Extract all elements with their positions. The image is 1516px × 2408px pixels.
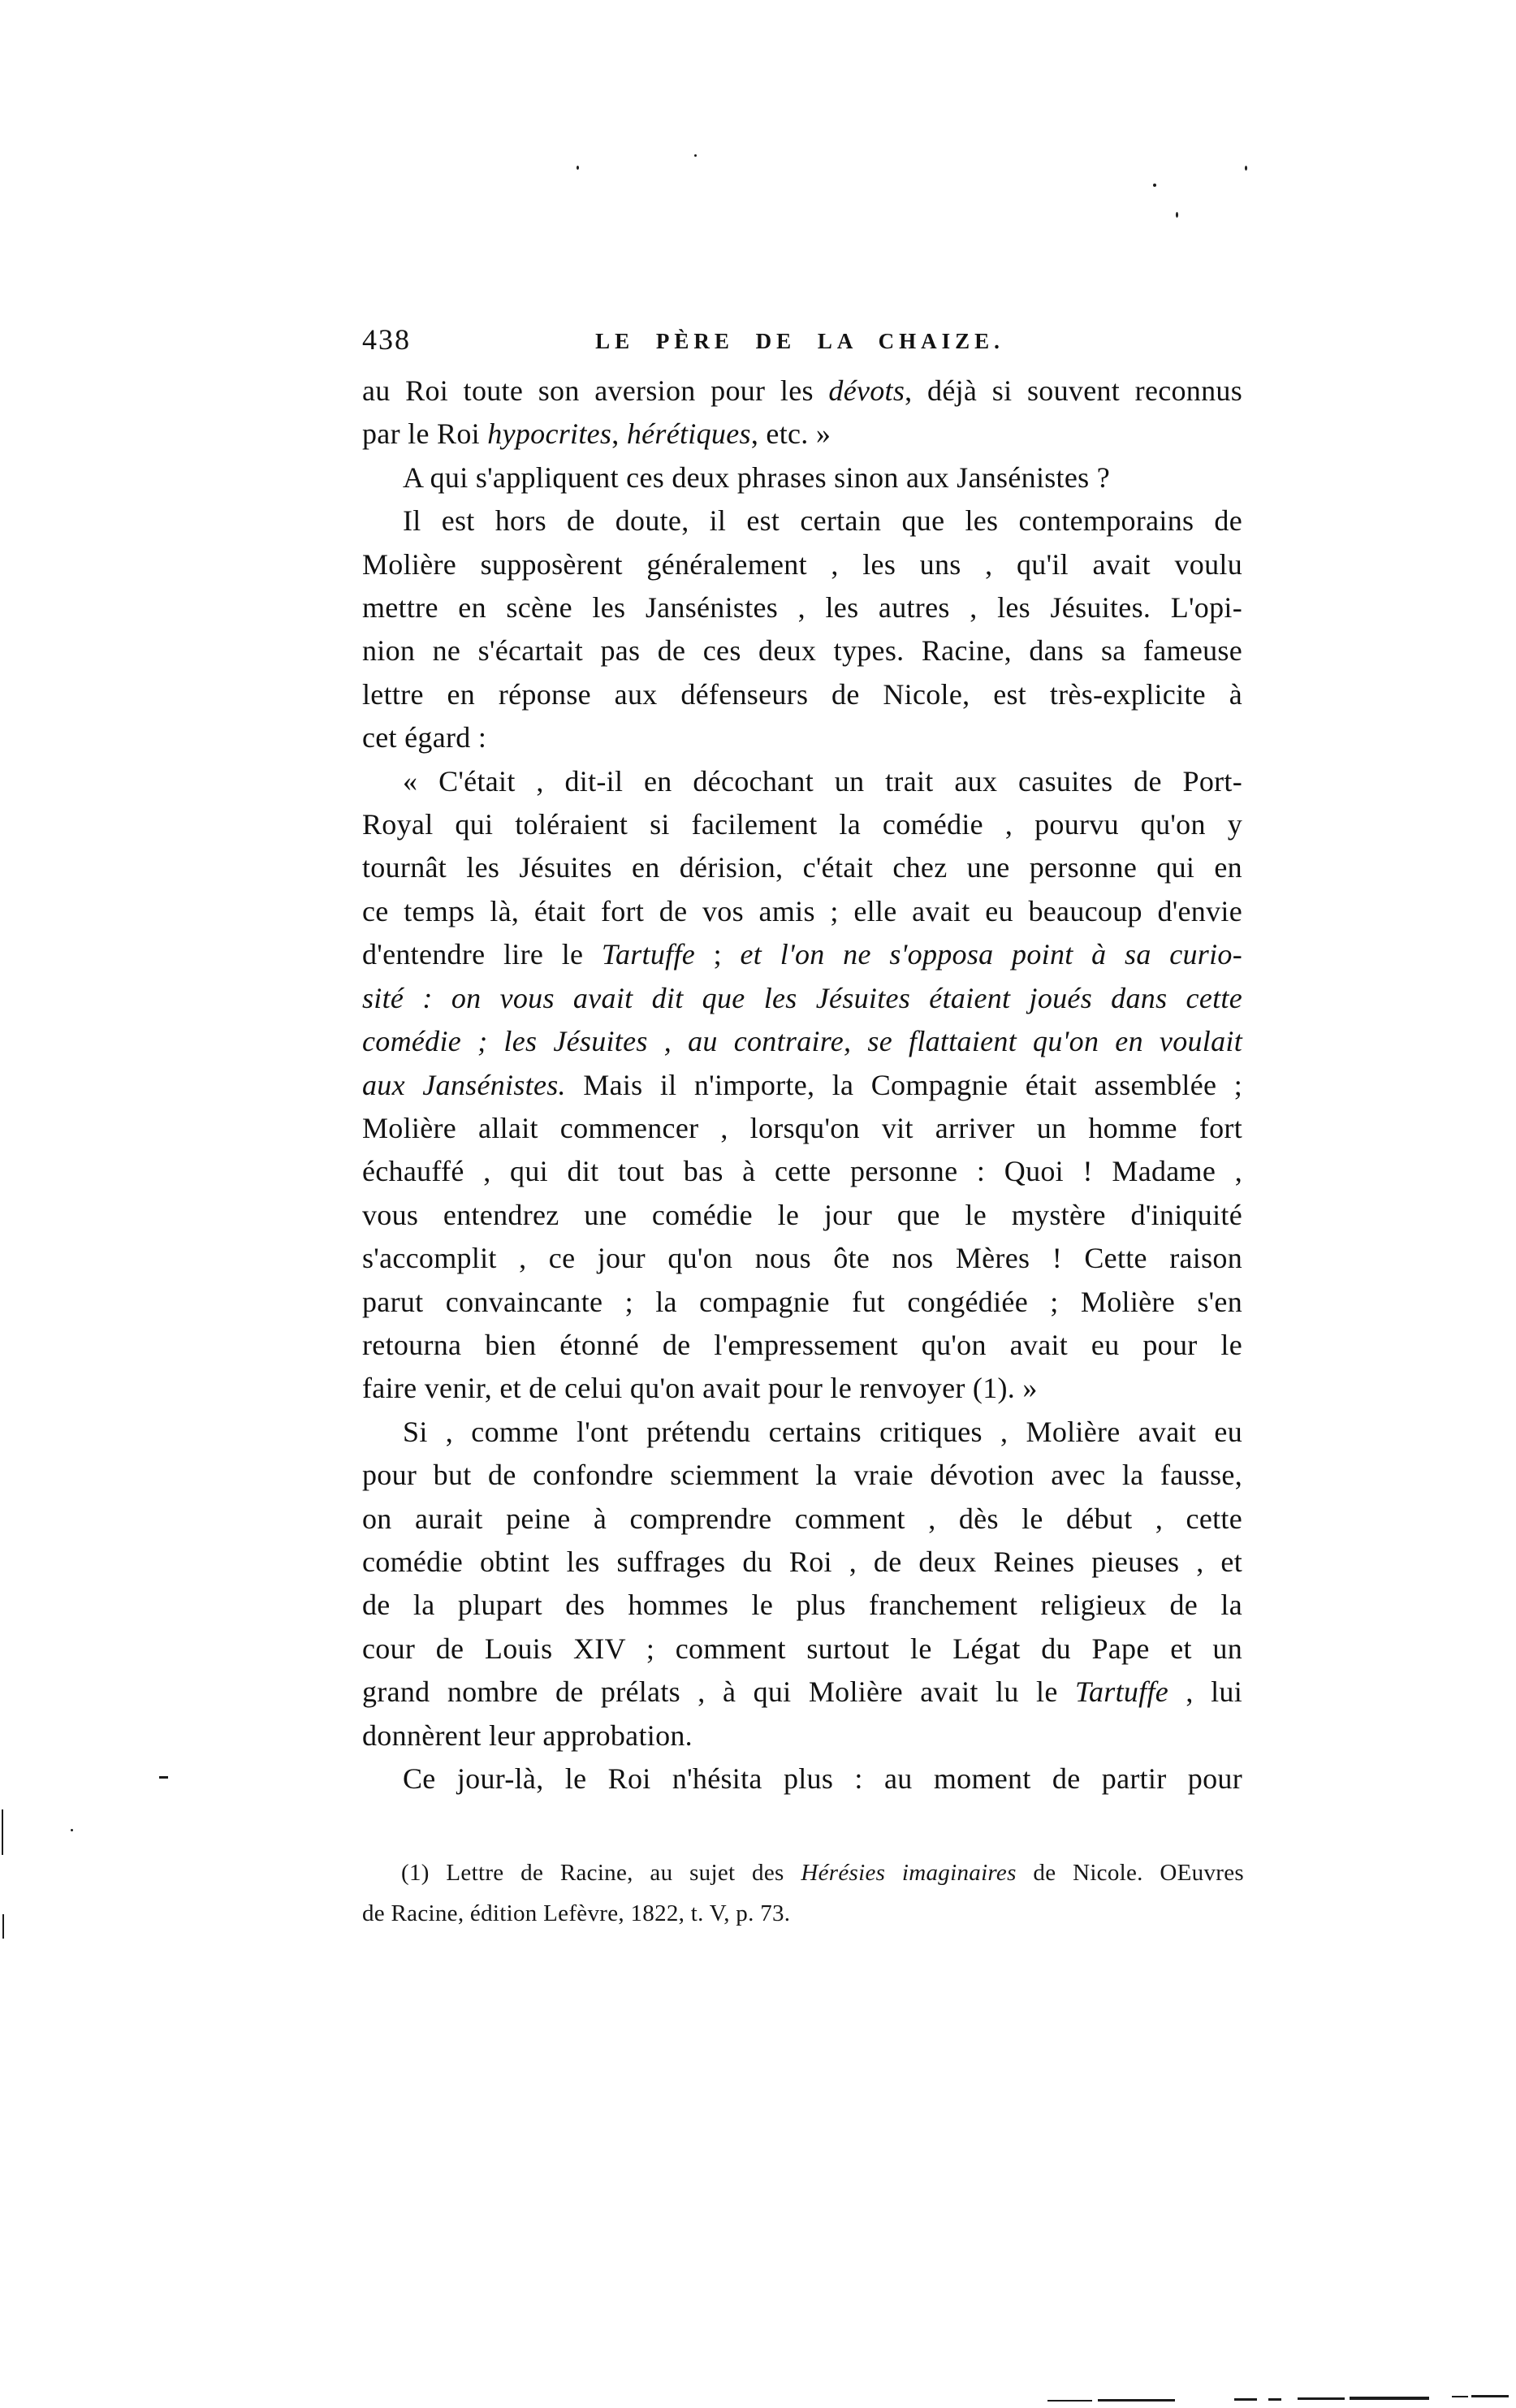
text-segment: pour but de confondre sciemment la vraie… <box>362 1459 1242 1491</box>
scan-artifact-left-line-1 <box>2 1809 3 1855</box>
text-segment: nion ne s'écartait pas de ces deux types… <box>362 634 1242 667</box>
scan-artifact-bottom-dash-1 <box>1047 2400 1092 2402</box>
page-number: 438 <box>362 323 411 356</box>
text-line: d'entendre lire le Tartuffe ; et l'on ne… <box>362 933 1242 976</box>
text-segment: retourna bien étonné de l'empressement q… <box>362 1329 1242 1361</box>
text-segment: Royal qui toléraient si facilement la co… <box>362 808 1242 841</box>
italic-text-segment: dévots <box>828 374 905 407</box>
italic-text-segment: et l'on ne s'opposa point à sa curio- <box>741 938 1242 971</box>
text-line: s'accomplit , ce jour qu'on nous ôte nos… <box>362 1237 1242 1280</box>
text-segment: « C'était , dit-il en décochant un trait… <box>403 765 1242 798</box>
text-segment: (1) Lettre de Racine, au sujet des <box>401 1860 801 1886</box>
scan-artifact-bottom-dash-8 <box>1471 2395 1509 2397</box>
text-line: Molière allait commencer , lorsqu'on vit… <box>362 1107 1242 1150</box>
text-segment: , etc. » <box>751 417 831 450</box>
text-line: au Roi toute son aversion pour les dévot… <box>362 370 1242 413</box>
italic-text-segment: Tartuffe <box>1075 1675 1168 1708</box>
footnote: (1) Lettre de Racine, au sujet des Hérés… <box>362 1852 1244 1934</box>
scan-artifact-bottom-dash-6 <box>1350 2397 1429 2400</box>
text-line: cet égard : <box>362 716 1242 759</box>
scan-artifact-speck-5 <box>694 154 697 157</box>
text-line: sité : on vous avait dit que les Jésuite… <box>362 977 1242 1020</box>
text-segment: A qui s'appliquent ces deux phrases sino… <box>403 461 1110 494</box>
text-segment: Molière supposèrent généralement , les u… <box>362 548 1242 581</box>
text-line: grand nombre de prélats , à qui Molière … <box>362 1671 1242 1714</box>
text-segment: s'accomplit , ce jour qu'on nous ôte nos… <box>362 1242 1242 1274</box>
text-line: Si , comme l'ont prétendu certains criti… <box>362 1411 1242 1454</box>
text-segment: de la plupart des hommes le plus franche… <box>362 1589 1242 1621</box>
running-title: LE PÈRE DE LA CHAIZE. <box>595 327 1004 355</box>
text-line: pour but de confondre sciemment la vraie… <box>362 1454 1242 1497</box>
italic-text-segment: Tartuffe <box>602 938 695 971</box>
scanned-book-page: { "page": { "number": "438", "running_ti… <box>0 0 1516 2408</box>
text-segment: de Racine, édition Lefèvre, 1822, t. V, … <box>362 1900 790 1926</box>
text-line: par le Roi hypocrites, hérétiques, etc. … <box>362 413 1242 456</box>
text-segment: ; <box>695 938 740 971</box>
scan-artifact-bottom-dash-5 <box>1298 2397 1345 2400</box>
text-segment: on aurait peine à comprendre comment , d… <box>362 1502 1242 1535</box>
text-line: retourna bien étonné de l'empressement q… <box>362 1324 1242 1367</box>
text-segment: par le Roi <box>362 417 487 450</box>
scan-artifact-bottom-dash-4 <box>1268 2398 1281 2401</box>
text-segment: faire venir, et de celui qu'on avait pou… <box>362 1372 1038 1404</box>
text-line: tournât les Jésuites en dérision, c'étai… <box>362 846 1242 889</box>
text-line: de la plupart des hommes le plus franche… <box>362 1584 1242 1627</box>
text-segment: , déjà si souvent reconnus <box>905 374 1242 407</box>
scan-artifact-speck-3 <box>1245 166 1247 171</box>
text-segment: Molière allait commencer , lorsqu'on vit… <box>362 1112 1242 1144</box>
text-line: Molière supposèrent généralement , les u… <box>362 543 1242 586</box>
text-line: on aurait peine à comprendre comment , d… <box>362 1498 1242 1541</box>
text-line: cour de Louis XIV ; comment surtout le L… <box>362 1628 1242 1671</box>
text-segment: cet égard : <box>362 721 486 754</box>
text-segment: Ce jour-là, le Roi n'hésita plus : au mo… <box>403 1762 1242 1795</box>
text-segment: , lui <box>1168 1675 1242 1708</box>
text-line: A qui s'appliquent ces deux phrases sino… <box>362 456 1242 499</box>
text-segment: Il est hors de doute, il est certain que… <box>403 504 1242 537</box>
text-line: mettre en scène les Jansénistes , les au… <box>362 586 1242 629</box>
italic-text-segment: hérétiques <box>627 417 751 450</box>
text-line: Ce jour-là, le Roi n'hésita plus : au mo… <box>362 1757 1242 1801</box>
text-line: aux Jansénistes. Mais il n'importe, la C… <box>362 1064 1242 1107</box>
text-line: lettre en réponse aux défenseurs de Nico… <box>362 673 1242 716</box>
scan-artifact-bottom-dash-3 <box>1234 2398 1257 2401</box>
text-segment: cour de Louis XIV ; comment surtout le L… <box>362 1632 1242 1665</box>
body-text: au Roi toute son aversion pour les dévot… <box>362 370 1242 1801</box>
italic-text-segment: comédie ; les Jésuites , au contraire, s… <box>362 1025 1242 1057</box>
text-line: vous entendrez une comédie le jour que l… <box>362 1194 1242 1237</box>
text-line: faire venir, et de celui qu'on avait pou… <box>362 1367 1242 1410</box>
text-segment: parut convaincante ; la compagnie fut co… <box>362 1286 1242 1318</box>
text-line: échauffé , qui dit tout bas à cette pers… <box>362 1150 1242 1193</box>
text-line: ce temps là, était fort de vos amis ; el… <box>362 890 1242 933</box>
text-line: (1) Lettre de Racine, au sujet des Hérés… <box>362 1852 1244 1893</box>
scan-artifact-speck-6 <box>577 166 579 170</box>
text-segment: Mais il n'importe, la Compagnie était as… <box>566 1069 1242 1101</box>
text-segment: ce temps là, était fort de vos amis ; el… <box>362 895 1242 927</box>
text-segment: , <box>611 417 627 450</box>
text-segment: de Nicole. OEuvres <box>1017 1860 1244 1886</box>
text-segment: donnèrent leur approbation. <box>362 1719 693 1752</box>
text-segment: grand nombre de prélats , à qui Molière … <box>362 1675 1075 1708</box>
text-segment: d'entendre lire le <box>362 938 602 971</box>
italic-text-segment: aux Jansénistes. <box>362 1069 566 1101</box>
scan-artifact-dash <box>159 1776 168 1779</box>
text-segment: tournât les Jésuites en dérision, c'étai… <box>362 851 1242 884</box>
text-line: nion ne s'écartait pas de ces deux types… <box>362 629 1242 672</box>
text-line: Royal qui toléraient si facilement la co… <box>362 803 1242 846</box>
text-line: de Racine, édition Lefèvre, 1822, t. V, … <box>362 1893 1244 1934</box>
italic-text-segment: sité : on vous avait dit que les Jésuite… <box>362 982 1242 1014</box>
text-segment: comédie obtint les suffrages du Roi , de… <box>362 1546 1242 1578</box>
text-line: comédie obtint les suffrages du Roi , de… <box>362 1541 1242 1584</box>
text-segment: échauffé , qui dit tout bas à cette pers… <box>362 1155 1242 1187</box>
scan-artifact-bottom-dash-7 <box>1452 2396 1468 2397</box>
scan-artifact-bottom-dash-2 <box>1098 2399 1175 2402</box>
text-segment: mettre en scène les Jansénistes , les au… <box>362 591 1242 624</box>
text-segment: lettre en réponse aux défenseurs de Nico… <box>362 678 1242 711</box>
text-segment: Si , comme l'ont prétendu certains criti… <box>403 1416 1242 1448</box>
text-line: comédie ; les Jésuites , au contraire, s… <box>362 1020 1242 1063</box>
scan-artifact-speck-1 <box>71 1829 73 1831</box>
text-line: parut convaincante ; la compagnie fut co… <box>362 1281 1242 1324</box>
text-line: donnèrent leur approbation. <box>362 1714 1242 1757</box>
scan-artifact-speck-4 <box>1176 212 1178 218</box>
scan-artifact-speck-2 <box>1153 184 1156 187</box>
text-segment: au Roi toute son aversion pour les <box>362 374 828 407</box>
text-line: « C'était , dit-il en décochant un trait… <box>362 760 1242 803</box>
italic-text-segment: Hérésies imaginaires <box>801 1860 1016 1886</box>
italic-text-segment: hypocrites <box>487 417 611 450</box>
scan-artifact-left-line-2 <box>2 1914 4 1939</box>
text-line: Il est hors de doute, il est certain que… <box>362 499 1242 543</box>
text-segment: vous entendrez une comédie le jour que l… <box>362 1199 1242 1231</box>
